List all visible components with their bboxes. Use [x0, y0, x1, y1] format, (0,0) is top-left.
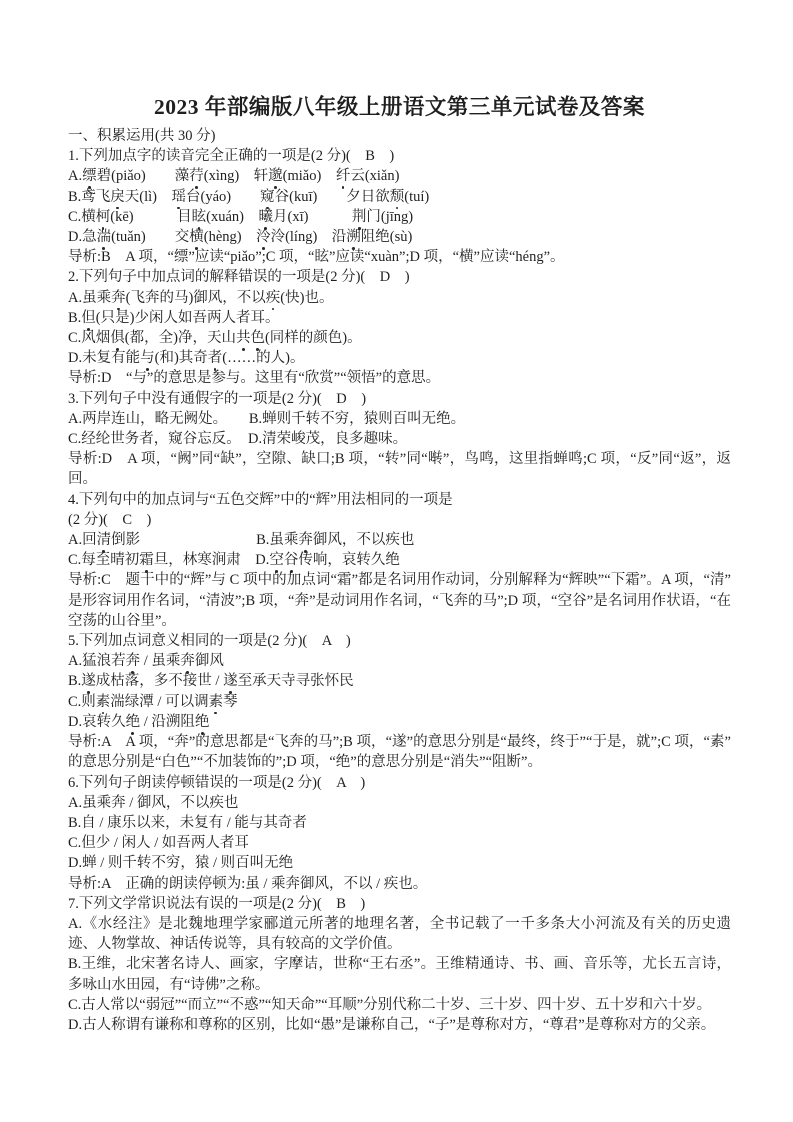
- emphasis-dot-char: 眩: [192, 207, 207, 227]
- exam-document: 2023 年部编版八年级上册语文第三单元试卷及答案 一、积累运用(共 30 分)…: [0, 0, 793, 1122]
- emphasis-dot-char: 疾: [266, 288, 281, 308]
- q5-option-line-1: A.猛浪若奔 / 虽乘奔御风: [68, 651, 731, 671]
- emphasis-dot-char: 纤: [336, 166, 351, 186]
- emphasis-dot-char: 色: [250, 328, 265, 348]
- q5-stem: 5.下列加点词意义相同的一项是(2 分)( A ): [68, 631, 731, 651]
- emphasis-dot-char: 遂: [81, 671, 96, 691]
- q4-analysis: 导析:C 题干中的“辉”与 C 项中的加点词“霜”都是名词用作动词，分别解释为“…: [68, 570, 731, 631]
- q3-option-line-2: C.经纶世务者，窥谷忘反。 D.清荣峻茂，良多趣味。: [68, 429, 731, 449]
- q5-option-line-4: D.哀转久绝 / 沿溯阻绝: [68, 712, 731, 732]
- q7-option-line-1: A.《水经注》是北魏地理学家郦道元所著的地理名著，全书记载了一千多条大小河流及有…: [68, 914, 731, 954]
- q7-option-line-3: C.古人常以“弱冠”“而立”“不惑”“知天命”“耳顺”分别代称二十岁、三十岁、四…: [68, 995, 731, 1015]
- emphasis-dot-char: 绝: [126, 712, 141, 732]
- emphasis-dot-char: 奔: [111, 288, 126, 308]
- emphasis-dot-char: 谷: [284, 550, 299, 570]
- emphasis-dot-char: 霜: [139, 550, 154, 570]
- emphasis-dot-char: 空: [269, 550, 284, 570]
- q2-option-line-1: A.虽乘奔(飞奔的马)御风，不以疾(快)也。: [68, 288, 731, 308]
- q3-option-line-1: A.两岸连山，略无阙处。 B.蝉则千转不穷，猿则百叫无绝。: [68, 409, 731, 429]
- emphasis-dot-char: 共: [236, 328, 251, 348]
- q2-option-line-4: D.未复有能与(和)其奇者(……的人)。: [68, 348, 731, 368]
- emphasis-dot-char: 窥: [260, 187, 275, 207]
- emphasis-dot-char: 清: [97, 530, 112, 550]
- q4-option-line-2: C.每至晴初霜旦，林寒涧肃 D.空谷传响，哀转久绝: [68, 550, 731, 570]
- page-title: 2023 年部编版八年级上册语文第三单元试卷及答案: [68, 94, 731, 120]
- q4-stem: 4.下列句中的加点词与“五色交辉”中的“辉”用法相同的一项是: [68, 490, 731, 510]
- emphasis-dot-char: 溯: [346, 227, 361, 247]
- emphasis-dot-char: 素: [209, 692, 224, 712]
- q4-option-line-1: A.回清倒影 B.虽乘奔御风，不以疾也: [68, 530, 731, 550]
- emphasis-dot-char: 湍: [97, 227, 112, 247]
- q1-option-line-3: C.横柯(kē) 目眩(xuán) 曦月(xī) 荆门(jīng): [68, 207, 731, 227]
- q1-stem: 1.下列加点字的读音完全正确的一项是(2 分)( B ): [68, 146, 731, 166]
- emphasis-dot-char: 颓: [390, 187, 405, 207]
- emphasis-dot-char: 荆: [352, 207, 367, 227]
- q6-analysis: 导析:A 正确的朗读停顿为:虽 / 乘奔御风，不以 / 疾也。: [68, 874, 731, 894]
- emphasis-dot-char: 柯: [96, 207, 111, 227]
- section-heading: 一、积累运用(共 30 分): [68, 126, 731, 146]
- q5-analysis: 导析:A A 项，“奔”的意思都是“飞奔的马”;B 项，“遂”的意思分别是“最终…: [68, 732, 731, 772]
- emphasis-dot-char: 绝: [195, 712, 210, 732]
- q7-option-line-4: D.古人称谓有谦称和尊称的区别，比如“愚”是谦称自己，“子”是尊称对方，“尊君”…: [68, 1015, 731, 1035]
- q6-option-line-1: A.虽乘奔 / 御风，不以疾也: [68, 793, 731, 813]
- emphasis-dot-char: 曦: [258, 207, 273, 227]
- emphasis-dot-char: 俱: [110, 328, 125, 348]
- emphasis-dot-char: 奔: [180, 651, 195, 671]
- q1-option-line-2: B.鸢飞戾天(lì) 瑶台(yáo) 窥谷(kuī) 夕日欲颓(tuí): [68, 187, 731, 207]
- q2-analysis: 导析:D “与”的意思是参与。这里有“欣赏”“领悟”的意思。: [68, 368, 731, 388]
- emphasis-dot-char: 邈: [268, 166, 283, 186]
- q6-option-line-4: D.蝉 / 则千转不穷，猿 / 则百叫无绝: [68, 853, 731, 873]
- q3-stem: 3.下列句子中没有通假字的一项是(2 分)( D ): [68, 389, 731, 409]
- q6-option-line-3: C.但少 / 闲人 / 如吾两人者耳: [68, 833, 731, 853]
- q5-option-line-2: B.遂成枯落，多不接世 / 遂至承天寺寻张怀民: [68, 671, 731, 691]
- emphasis-dot-char: 瑶: [172, 187, 187, 207]
- emphasis-dot-char: 奔: [126, 651, 141, 671]
- page: { "page": { "background": "#ffffff", "te…: [0, 0, 793, 1122]
- q5-option-line-3: C.则素湍绿潭 / 可以调素琴: [68, 692, 731, 712]
- q7-option-line-2: B.王维，北宋著名诗人、画家，字摩诘，世称“王右丞”。王维精通诗、书、画、音乐等…: [68, 954, 731, 994]
- emphasis-dot-char: 与: [140, 348, 155, 368]
- emphasis-dot-char: 奔: [298, 530, 313, 550]
- emphasis-dot-char: 缥: [82, 166, 97, 186]
- q6-stem: 6.下列句子朗读停顿错误的一项是(2 分)( A ): [68, 773, 731, 793]
- emphasis-dot-char: 但: [81, 308, 96, 328]
- emphasis-dot-char: 泠: [256, 227, 271, 247]
- emphasis-dot-char: 素: [96, 692, 111, 712]
- emphasis-dot-char: 者: [208, 348, 223, 368]
- q6-option-line-2: B.自 / 康乐以来，未复有 / 能与其奇者: [68, 813, 731, 833]
- q3-analysis: 导析:D A 项，“阙”同“缺”，空隙、缺口;B 项，“转”同“啭”，鸟鸣，这里…: [68, 449, 731, 489]
- q2-stem: 2.下列句子中加点词的解释错误的一项是(2 分)( D ): [68, 267, 731, 287]
- emphasis-dot-char: 横: [189, 227, 204, 247]
- emphasis-dot-char: 遂: [223, 671, 238, 691]
- q7-stem: 7.下列文学常识说法有误的一项是(2 分)( B ): [68, 894, 731, 914]
- emphasis-dot-char: 戾: [110, 187, 125, 207]
- q1-analysis: 导析:B A 项，“缥”应读“piǎo”;C 项，“眩”应读“xuàn”;D 项…: [68, 247, 731, 267]
- q2-option-line-3: C.风烟俱(都，全)净，天山共色(同样的颜色)。: [68, 328, 731, 348]
- q4-stem-cont: (2 分)( C ): [68, 510, 731, 530]
- emphasis-dot-char: 荇: [189, 166, 204, 186]
- q1-option-line-4: D.急湍(tuǎn) 交横(hèng) 泠泠(líng) 沿溯阻绝(sù): [68, 227, 731, 247]
- q2-option-line-2: B.但(只是)少闲人如吾两人者耳。: [68, 308, 731, 328]
- document-body: 一、积累运用(共 30 分) 1.下列加点字的读音完全正确的一项是(2 分)( …: [68, 126, 731, 1035]
- q1-option-line-1: A.缥碧(piǎo) 藻荇(xìng) 轩邈(miǎo) 纤云(xiǎn): [68, 166, 731, 186]
